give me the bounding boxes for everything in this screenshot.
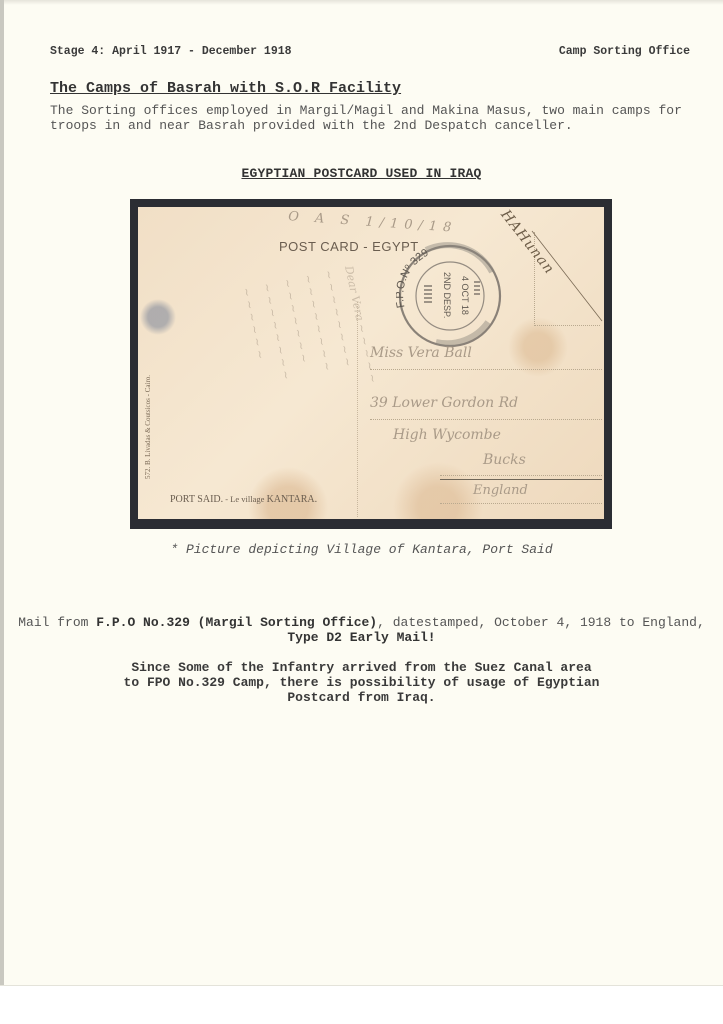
caption-place: PORT SAID. <box>170 494 223 505</box>
card-divider <box>357 302 358 517</box>
usage-note: Since Some of the Infantry arrived from … <box>0 660 723 705</box>
stage-header: Stage 4: April 1917 - December 1918 <box>50 45 292 58</box>
desc-prefix: Mail from <box>18 615 96 630</box>
address-rule-4 <box>440 503 602 504</box>
address-line-4: Bucks <box>483 452 526 468</box>
printed-picture-caption: PORT SAID. - Le village KANTARA. <box>170 494 317 505</box>
usage-note-text: Since Some of the Infantry arrived from … <box>122 660 602 705</box>
exhibit-heading: EGYPTIAN POSTCARD USED IN IRAQ <box>0 166 723 181</box>
publisher-imprint: 572. B. Livadas & Coutsicos - Cairo. <box>144 375 152 479</box>
address-line-2: 39 Lower Gordon Rd <box>370 395 518 411</box>
svg-text:F.P.O.Nº 329: F.P.O.Nº 329 <box>396 247 431 309</box>
postcard-image: O A S 1/10/18 POST CARD - EGYPT Dear Ver… <box>130 199 612 529</box>
mail-description: Mail from F.P.O No.329 (Margil Sorting O… <box>0 615 723 645</box>
intro-text: The Sorting offices employed in Margil/M… <box>50 103 700 133</box>
page-title: The Camps of Basrah with S.O.R Facility <box>50 80 401 97</box>
page-left-edge <box>0 0 4 1024</box>
desc-middle: , datestamped, October 4, 1918 to Englan… <box>377 615 705 630</box>
address-line-3: High Wycombe <box>393 427 501 443</box>
fpo-cancel-postmark: F.P.O.Nº 329 2ND DESP. 4 OCT 18 <box>396 242 504 350</box>
desc-type: Type D2 Early Mail! <box>287 630 435 645</box>
caption-connector: - Le village <box>223 494 266 504</box>
svg-text:2ND DESP.: 2ND DESP. <box>442 272 452 318</box>
address-line-1: Miss Vera Ball <box>370 345 472 361</box>
page-top-edge <box>0 0 723 5</box>
pencil-date: O A S 1/10/18 <box>288 209 458 236</box>
picture-caption: * Picture depicting Village of Kantara, … <box>0 542 723 557</box>
postcard: O A S 1/10/18 POST CARD - EGYPT Dear Ver… <box>138 207 604 519</box>
svg-text:4 OCT 18: 4 OCT 18 <box>460 276 470 315</box>
desc-fpo: F.P.O No.329 (Margil Sorting Office) <box>96 615 377 630</box>
page-bottom-margin <box>0 985 723 1024</box>
section-header: Camp Sorting Office <box>559 45 690 58</box>
address-line-5: England <box>473 483 528 498</box>
signature-stroke <box>528 227 604 327</box>
address-rule-1 <box>370 369 602 370</box>
address-underline <box>440 479 602 480</box>
address-rule-2 <box>370 419 602 420</box>
caption-village: KANTARA. <box>267 494 318 505</box>
address-rule-3 <box>440 475 602 476</box>
